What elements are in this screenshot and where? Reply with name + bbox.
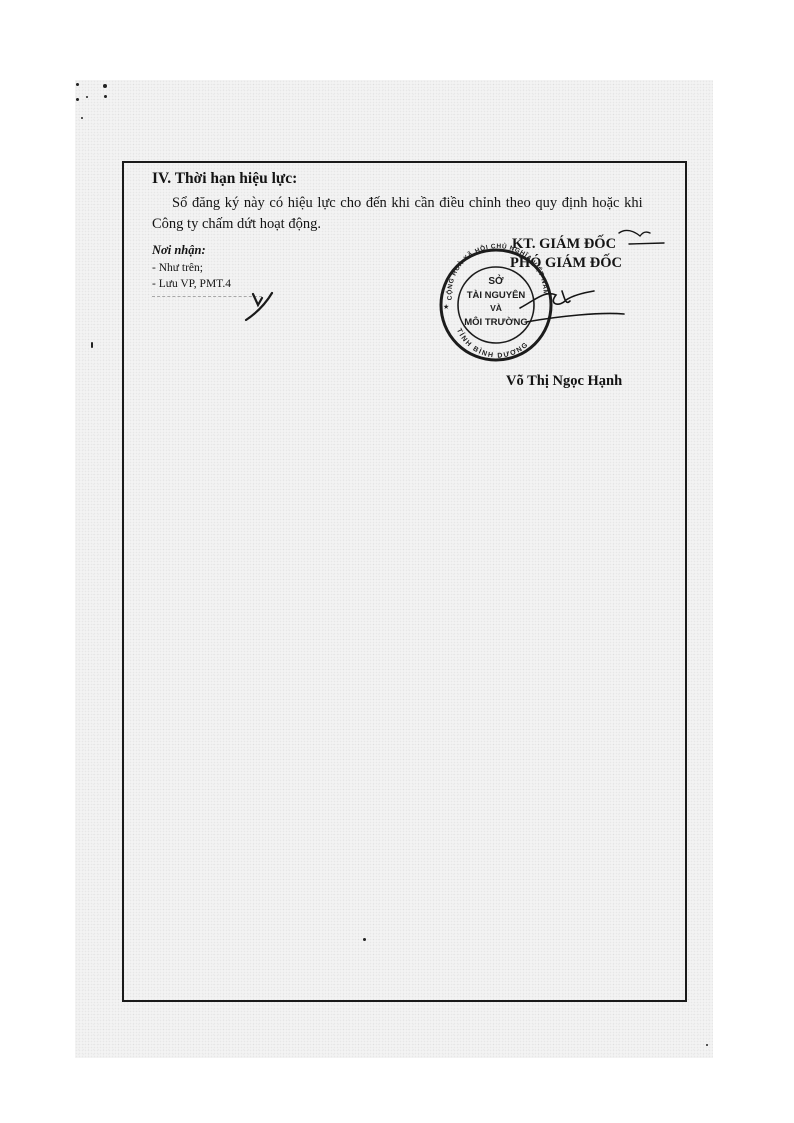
recipient-item: - Như trên; (152, 262, 203, 274)
signer-name: Võ Thị Ngọc Hạnh (506, 373, 622, 390)
section-body-line-1: Sổ đăng ký này có hiệu lực cho đến khi c… (172, 195, 643, 212)
scan-speck (86, 96, 88, 98)
scan-speck (76, 98, 79, 101)
footer-note-line (152, 296, 262, 300)
scan-speck (91, 342, 93, 348)
recipient-item: - Lưu VP, PMT.4 (152, 278, 231, 290)
section-title: IV. Thời hạn hiệu lực: (152, 170, 297, 188)
scan-speck (81, 117, 83, 119)
signature-title-line-1: KT. GIÁM ĐỐC (512, 236, 616, 253)
scan-speck (103, 84, 107, 88)
signature-title-line-2: PHÓ GIÁM ĐỐC (510, 255, 622, 272)
scan-speck (76, 83, 79, 86)
scan-speck (706, 1044, 708, 1046)
section-body-line-2: Công ty chấm dứt hoạt động. (152, 216, 321, 233)
scan-speck (104, 95, 107, 98)
recipients-title: Nơi nhận: (152, 243, 206, 258)
